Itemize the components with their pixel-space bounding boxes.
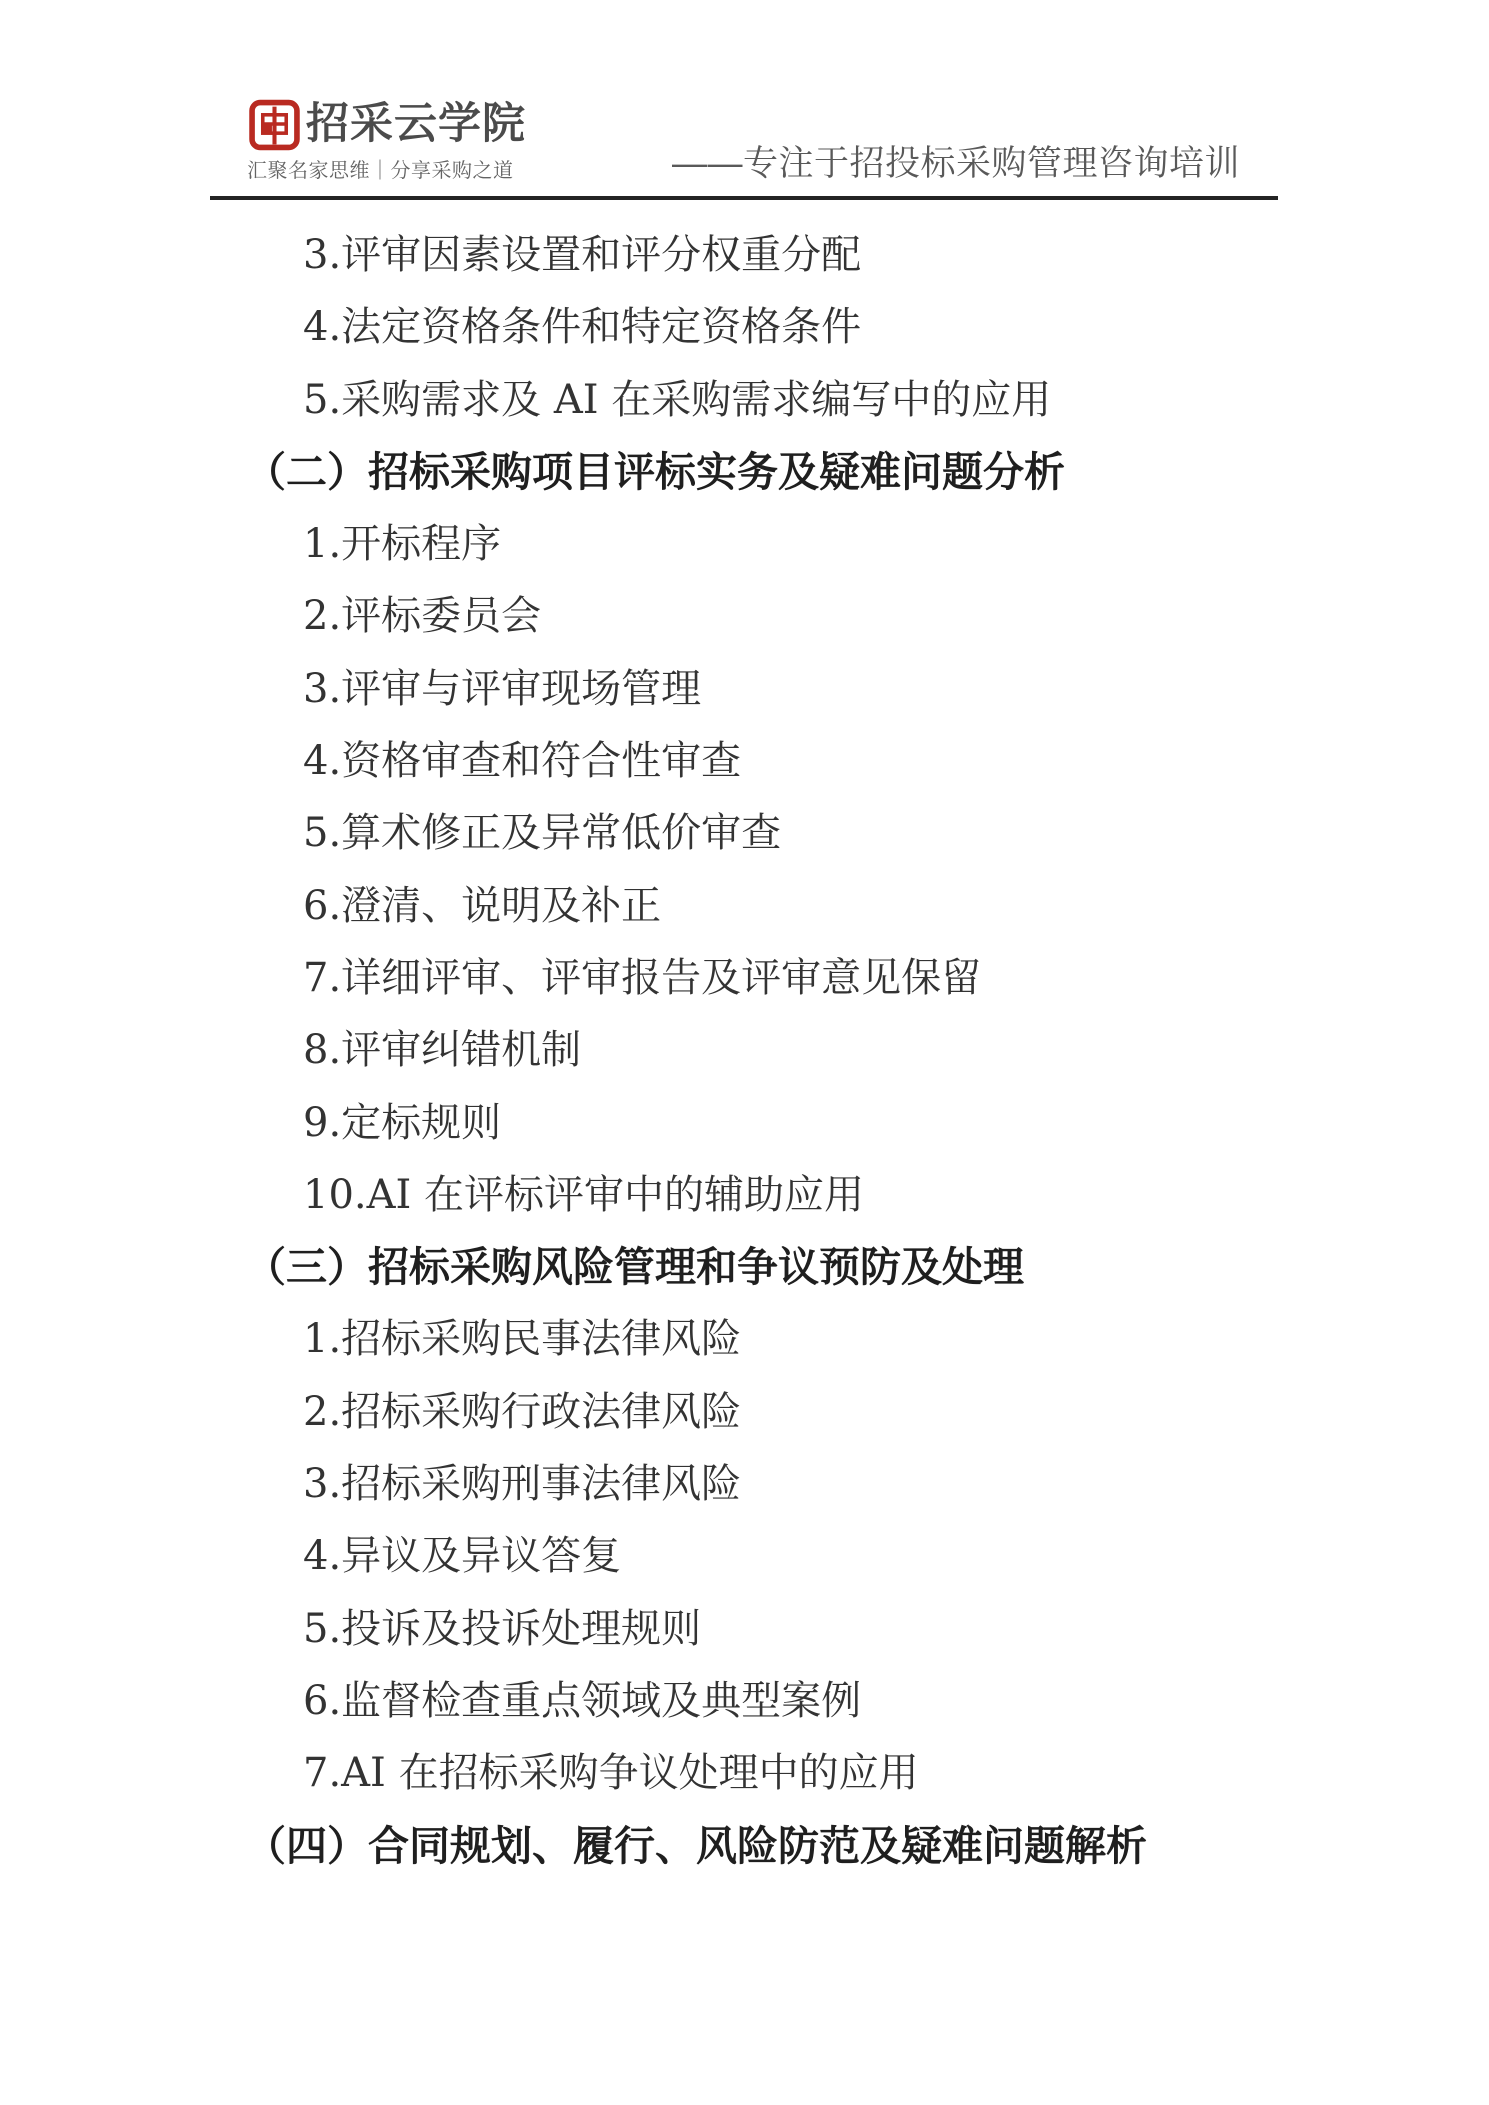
outline-item: 2.招标采购行政法律风险 [0,1376,1489,1448]
header-slogan: ——专注于招投标采购管理咨询培训 [672,144,1240,184]
outline-item: 4.法定资格条件和特定资格条件 [0,291,1489,363]
brand-name: 招采云学院 [306,99,526,149]
outline-item: 1.招标采购民事法律风险 [0,1303,1489,1375]
outline-item: 7.详细评审、评审报告及评审意见保留 [0,942,1489,1014]
outline-item: 5.算术修正及异常低价审查 [0,797,1489,869]
outline-item: 6.监督检查重点领域及典型案例 [0,1665,1489,1737]
section-heading: （三）招标采购风险管理和争议预防及处理 [0,1231,1489,1303]
seal-icon [249,97,300,153]
outline-item: 6.澄清、说明及补正 [0,870,1489,942]
brand-tagline: 汇聚名家思维｜分享采购之道 [247,159,514,183]
section-heading: （四）合同规划、履行、风险防范及疑难问题解析 [0,1810,1489,1882]
outline-item: 3.评审与评审现场管理 [0,653,1489,725]
outline-item: 4.资格审查和符合性审查 [0,725,1489,797]
outline-item: 1.开标程序 [0,508,1489,580]
outline-item: 3.评审因素设置和评分权重分配 [0,219,1489,291]
outline-item: 9.定标规则 [0,1087,1489,1159]
outline-item: 5.采购需求及 AI 在采购需求编写中的应用 [0,364,1489,436]
outline-item: 8.评审纠错机制 [0,1014,1489,1086]
outline-item: 7.AI 在招标采购争议处理中的应用 [0,1737,1489,1809]
outline-item: 2.评标委员会 [0,580,1489,652]
outline-item: 4.异议及异议答复 [0,1520,1489,1592]
outline-item: 10.AI 在评标评审中的辅助应用 [0,1159,1489,1231]
outline-item: 3.招标采购刑事法律风险 [0,1448,1489,1520]
section-heading: （二）招标采购项目评标实务及疑难问题分析 [0,436,1489,508]
document-body: 3.评审因素设置和评分权重分配4.法定资格条件和特定资格条件5.采购需求及 AI… [0,219,1489,1882]
outline-item: 5.投诉及投诉处理规则 [0,1593,1489,1665]
header-divider [210,196,1278,200]
document-page: 招采云学院 汇聚名家思维｜分享采购之道 ——专注于招投标采购管理咨询培训 3.评… [0,0,1489,2105]
